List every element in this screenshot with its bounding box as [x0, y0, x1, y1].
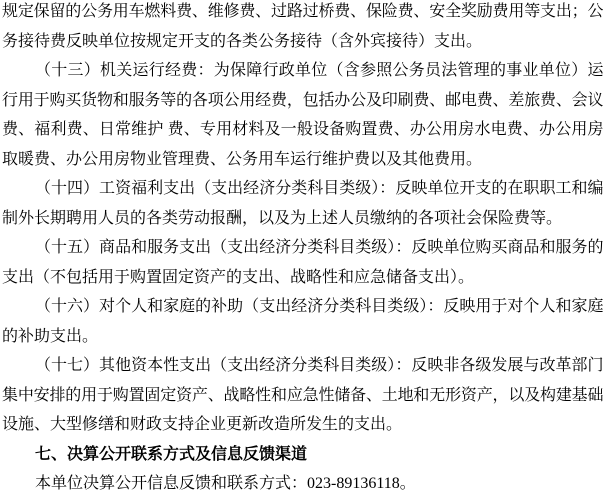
document-line: （十三）机关运行经费：为保障行政单位（含参照公务员法管理的事业单位）运	[2, 56, 603, 86]
contact-line: 本单位决算公开信息反馈和联系方式：023-89136118。	[2, 469, 603, 499]
document-line: 费、福利费、日常维护 费、专用材料及一般设备购置费、办公用房水电费、办公用房	[2, 115, 603, 145]
document-line: 行用于购买货物和服务等的各项公用经费，包括办公及印刷费、邮电费、差旅费、会议	[2, 86, 603, 116]
document-line: 设施、大型修缮和财政支持企业更新改造所发生的支出。	[2, 410, 603, 440]
section-heading: 七、决算公开联系方式及信息反馈渠道	[2, 440, 603, 470]
document-line: （十五）商品和服务支出（支出经济分类科目类级）：反映单位购买商品和服务的	[2, 233, 603, 263]
document-page: 规定保留的公务用车燃料费、维修费、过路过桥费、保险费、安全奖励费用等支出；公 务…	[2, 0, 603, 499]
document-line: 集中安排的用于购置固定资产、战略性和应急性储备、土地和无形资产，以及构建基础	[2, 381, 603, 411]
document-line: 制外长期聘用人员的各类劳动报酬，以及为上述人员缴纳的各项社会保险费等。	[2, 204, 603, 234]
document-line: 支出（不包括用于购置固定资产的支出、战略性和应急储备支出）。	[2, 263, 603, 293]
document-line: 务接待费反映单位按规定开支的各类公务接待（含外宾接待）支出。	[2, 27, 603, 57]
document-line: 规定保留的公务用车燃料费、维修费、过路过桥费、保险费、安全奖励费用等支出；公	[2, 0, 603, 27]
document-line: 的补助支出。	[2, 322, 603, 352]
document-line: （十六）对个人和家庭的补助（支出经济分类科目类级）：反映用于对个人和家庭	[2, 292, 603, 322]
document-line: （十四）工资福利支出（支出经济分类科目类级）：反映单位开支的在职职工和编	[2, 174, 603, 204]
document-line: 取暖费、办公用房物业管理费、公务用车运行维护费以及其他费用。	[2, 145, 603, 175]
document-line: （十七）其他资本性支出（支出经济分类科目类级）：反映非各级发展与改革部门	[2, 351, 603, 381]
